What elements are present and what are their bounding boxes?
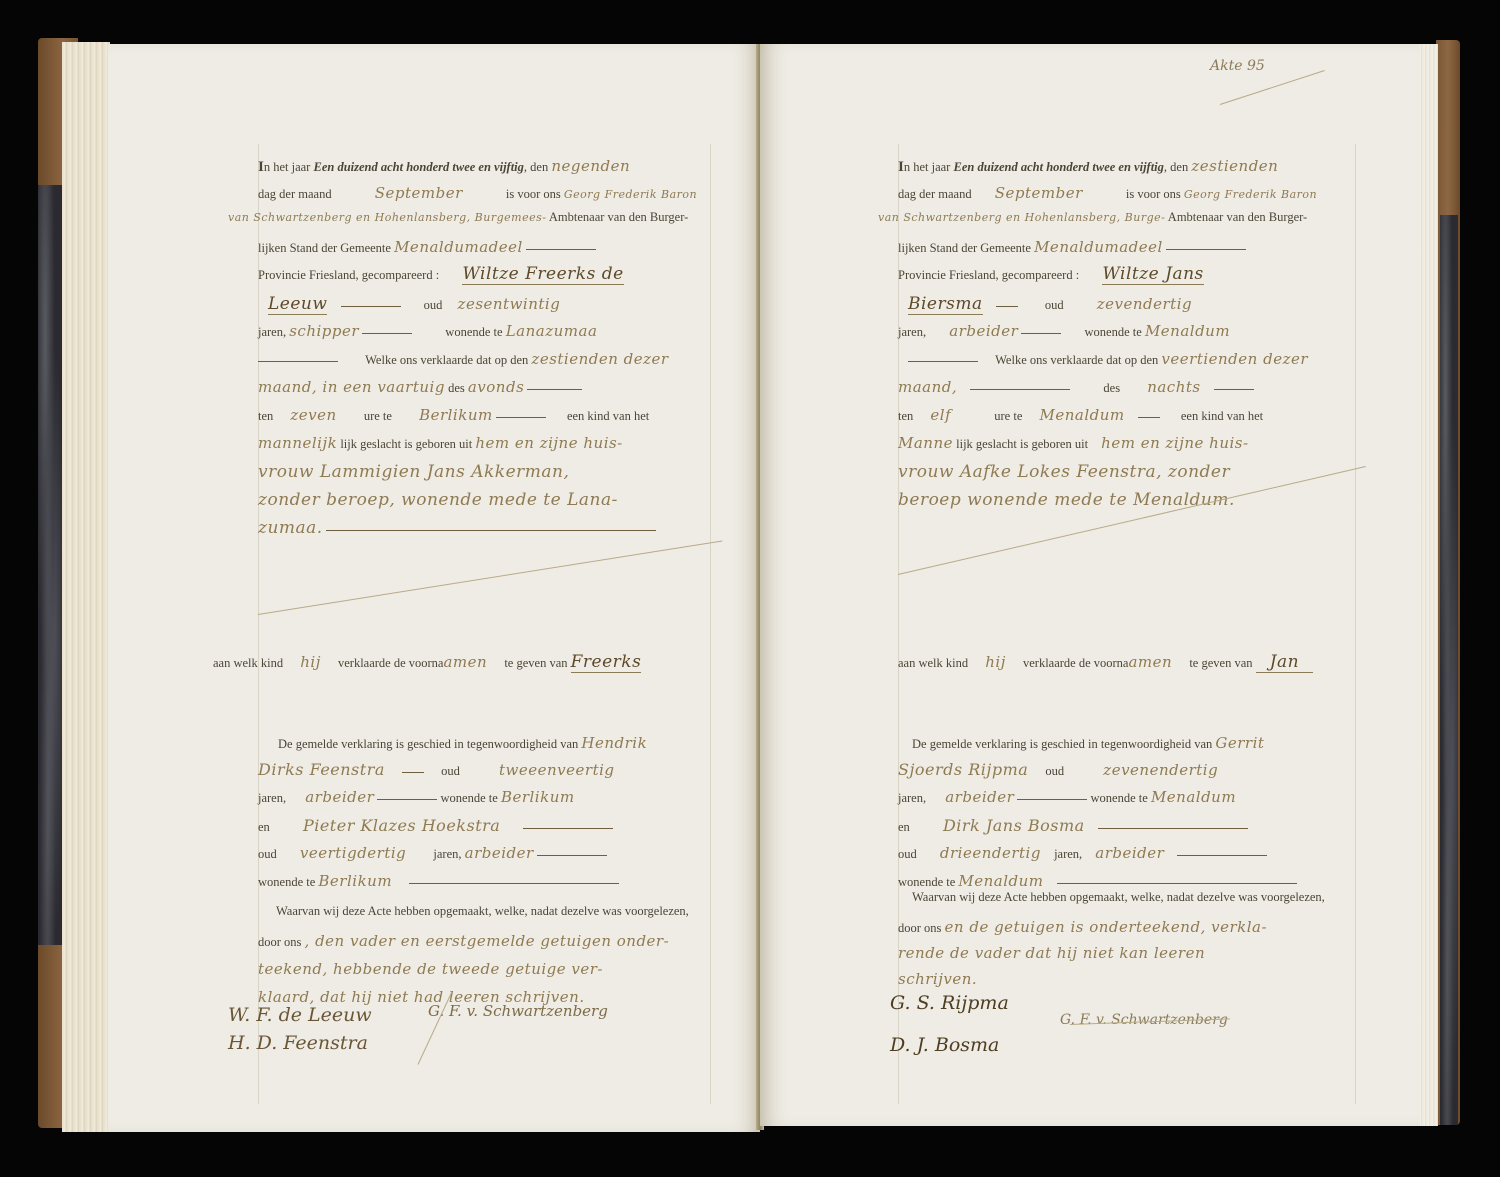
witness2-name: Dirk Jans Bosma bbox=[943, 816, 1085, 835]
closing-text: , den vader en eerstgemelde getuigen ond… bbox=[305, 932, 670, 950]
printed-text: oud bbox=[258, 847, 277, 861]
mother-name: vrouw Aafke Lokes Feenstra, zonder bbox=[898, 462, 1230, 482]
printed-text: lijk geslacht is geboren uit bbox=[956, 437, 1088, 451]
birth-hour: elf bbox=[930, 406, 951, 424]
declarant-occupation: schipper bbox=[289, 322, 359, 340]
printed-text: , den bbox=[524, 160, 548, 174]
printed-text: Ambtenaar van den Burger- bbox=[549, 210, 688, 224]
witness1-residence: Menaldum bbox=[1151, 788, 1236, 806]
printed-text: jaren, bbox=[258, 791, 286, 805]
official-name: Georg Frederik Baron bbox=[564, 188, 697, 201]
printed-text: dag der maand bbox=[898, 187, 972, 201]
witness1-surname: Dirks Feenstra bbox=[258, 760, 385, 779]
printed-text: jaren, bbox=[1054, 847, 1082, 861]
signature-witness2: D. J. Bosma bbox=[890, 1034, 999, 1056]
void-line bbox=[258, 540, 722, 615]
witness2-occupation: arbeider bbox=[465, 844, 534, 862]
declarant-surname: Leeuw bbox=[268, 294, 327, 315]
printed-text: lijken Stand der Gemeente bbox=[258, 241, 391, 255]
witness1-age: zevenendertig bbox=[1103, 761, 1218, 779]
printed-text: aan welk kind bbox=[898, 656, 968, 670]
signature-witness1: G. S. Rijpma bbox=[890, 992, 1009, 1014]
page-stack-left bbox=[62, 42, 110, 1132]
signature-witness: H. D. Feenstra bbox=[228, 1032, 368, 1054]
birth-place-detail: maand, bbox=[898, 378, 957, 396]
child-sex: mannelijk bbox=[258, 434, 337, 452]
mother-occupation-residence: zonder beroep, wonende mede te Lana- bbox=[258, 490, 618, 510]
record-day: zestienden bbox=[1191, 157, 1278, 175]
printed-text: De gemelde verklaring is geschied in teg… bbox=[912, 737, 1212, 751]
printed-text: n het jaar bbox=[904, 160, 951, 174]
printed-text: Ambtenaar van den Burger- bbox=[1168, 210, 1307, 224]
printed-text: Provincie Friesland, gecompareerd : bbox=[258, 268, 439, 282]
printed-text: Provincie Friesland, gecompareerd : bbox=[898, 268, 1079, 282]
witness1-occupation: arbeider bbox=[945, 788, 1014, 806]
witness1-occupation: arbeider bbox=[305, 788, 374, 806]
printed-text: wonende te bbox=[1091, 791, 1148, 805]
witness2-occupation: arbeider bbox=[1095, 844, 1164, 862]
printed-text: oud bbox=[1045, 298, 1064, 312]
birth-time-of-day: nachts bbox=[1147, 378, 1200, 396]
akte-number: Akte 95 bbox=[1210, 58, 1265, 74]
record-day: negenden bbox=[551, 157, 630, 175]
printed-text: oud bbox=[898, 847, 917, 861]
witness2-age: veertigdertig bbox=[300, 844, 406, 862]
printed-text: des bbox=[448, 381, 465, 395]
left-page: In het jaar Een duizend acht honderd twe… bbox=[108, 44, 760, 1132]
declarant-occupation: arbeider bbox=[949, 322, 1018, 340]
right-page: Akte 95 In het jaar Een duizend acht hon… bbox=[760, 44, 1420, 1126]
printed-text: wonende te bbox=[1085, 325, 1142, 339]
printed-text: is voor ons bbox=[1126, 187, 1181, 201]
witness2-residence: Menaldum bbox=[958, 872, 1043, 890]
birth-place-detail: maand, in een vaartuig bbox=[258, 378, 445, 396]
birth-hour: zeven bbox=[290, 406, 336, 424]
printed-text: jaren, bbox=[898, 325, 926, 339]
record-municipality: Menaldumadeel bbox=[394, 238, 523, 256]
printed-text: des bbox=[1103, 381, 1120, 395]
printed-text: , den bbox=[1164, 160, 1188, 174]
printed-text: De gemelde verklaring is geschied in teg… bbox=[278, 737, 578, 751]
parents-line: hem en zijne huis- bbox=[1101, 434, 1248, 452]
printed-year: Een duizend acht honderd twee en vijftig bbox=[953, 160, 1163, 174]
printed-text: wonende te bbox=[898, 875, 955, 889]
parents-line: hem en zijne huis- bbox=[475, 434, 622, 452]
witness1-firstname: Gerrit bbox=[1215, 734, 1264, 752]
marbled-board-left bbox=[38, 185, 62, 945]
printed-text: oud bbox=[441, 764, 460, 778]
printed-text: ten bbox=[898, 409, 913, 423]
child-pronoun: hij bbox=[985, 653, 1006, 671]
printed-text: jaren, bbox=[433, 847, 461, 861]
printed-text: verklaarde de voorna bbox=[1023, 656, 1129, 670]
mother-residence-end: zumaa. bbox=[258, 518, 323, 538]
printed-text: n het jaar bbox=[264, 160, 311, 174]
record-municipality: Menaldumadeel bbox=[1034, 238, 1163, 256]
printed-text: een kind van het bbox=[567, 409, 649, 423]
printed-text: lijken Stand der Gemeente bbox=[898, 241, 1031, 255]
witness2-name: Pieter Klazes Hoekstra bbox=[303, 816, 500, 835]
closing-text: en de getuigen is onderteekend, verkla- bbox=[945, 918, 1268, 936]
closing-text: rende de vader dat hij niet kan leeren bbox=[898, 944, 1205, 962]
child-name: Freerks bbox=[571, 652, 642, 673]
witness1-residence: Berlikum bbox=[501, 788, 575, 806]
official-title: van Schwartzenberg en Hohenlansberg, Bur… bbox=[228, 211, 546, 224]
child-sex: Manne bbox=[898, 434, 953, 452]
witness1-firstname: Hendrik bbox=[581, 734, 647, 752]
printed-text: ten bbox=[258, 409, 273, 423]
void-line bbox=[898, 466, 1366, 575]
printed-suffix: amen bbox=[1128, 653, 1172, 671]
closing-text: teekend, hebbende de tweede getuige ver- bbox=[258, 960, 603, 978]
child-name: Jan bbox=[1256, 652, 1313, 673]
printed-text: jaren, bbox=[898, 791, 926, 805]
official-name: Georg Frederik Baron bbox=[1184, 188, 1317, 201]
declarant-residence: Menaldum bbox=[1145, 322, 1230, 340]
printed-text: wonende te bbox=[441, 791, 498, 805]
witness2-residence: Berlikum bbox=[318, 872, 392, 890]
printed-text: oud bbox=[424, 298, 443, 312]
printed-text: en bbox=[898, 820, 910, 834]
printed-suffix: amen bbox=[443, 653, 487, 671]
printed-text: aan welk kind bbox=[213, 656, 283, 670]
printed-text: door ons bbox=[898, 921, 941, 935]
printed-year: Een duizend acht honderd twee en vijftig bbox=[313, 160, 523, 174]
witness2-age: drieendertig bbox=[940, 844, 1041, 862]
mother-name: vrouw Lammigien Jans Akkerman, bbox=[258, 462, 569, 482]
printed-text: een kind van het bbox=[1181, 409, 1263, 423]
printed-text: Waarvan wij deze Acte hebben opgemaakt, … bbox=[912, 890, 1325, 905]
printed-text: ure te bbox=[994, 409, 1022, 423]
margin-rule bbox=[710, 144, 711, 1104]
printed-text: is voor ons bbox=[506, 187, 561, 201]
printed-text: door ons bbox=[258, 935, 301, 949]
printed-text: Welke ons verklaarde dat op den bbox=[995, 353, 1158, 367]
witness1-surname: Sjoerds Rijpma bbox=[898, 760, 1028, 779]
page-number-flourish bbox=[1220, 70, 1325, 105]
marbled-board-right bbox=[1440, 215, 1458, 1125]
printed-text: jaren, bbox=[258, 325, 286, 339]
printed-text: wonende te bbox=[258, 875, 315, 889]
declarant-name: Wiltze Jans bbox=[1102, 264, 1203, 285]
declarant-name: Wiltze Freerks de bbox=[462, 264, 623, 285]
birth-day: zestienden dezer bbox=[531, 350, 668, 368]
declarant-age: zevendertig bbox=[1097, 295, 1192, 313]
margin-rule bbox=[1355, 144, 1356, 1104]
closing-text: schrijven. bbox=[898, 970, 977, 988]
official-title: van Schwartzenberg en Hohenlansberg, Bur… bbox=[878, 211, 1165, 224]
witness1-age: tweeenveertig bbox=[499, 761, 614, 779]
birth-time-of-day: avonds bbox=[468, 378, 524, 396]
printed-text: wonende te bbox=[445, 325, 502, 339]
record-month: September bbox=[375, 184, 463, 202]
page-stack-right bbox=[1418, 44, 1438, 1126]
declarant-residence: Lanazumaa bbox=[506, 322, 598, 340]
printed-text: te geven van bbox=[1189, 656, 1252, 670]
declarant-age: zesentwintig bbox=[458, 295, 561, 313]
birth-place: Berlikum bbox=[419, 406, 493, 424]
child-pronoun: hij bbox=[300, 653, 321, 671]
printed-text: oud bbox=[1045, 764, 1064, 778]
printed-text: lijk geslacht is geboren uit bbox=[340, 437, 472, 451]
printed-text: en bbox=[258, 820, 270, 834]
declarant-surname: Biersma bbox=[908, 294, 983, 315]
printed-text: ure te bbox=[364, 409, 392, 423]
printed-text: te geven van bbox=[504, 656, 567, 670]
printed-text: Welke ons verklaarde dat op den bbox=[365, 353, 528, 367]
printed-text: Waarvan wij deze Acte hebben opgemaakt, … bbox=[276, 904, 689, 919]
signature-official: G. F. v. Schwartzenberg bbox=[428, 1002, 608, 1020]
birth-day: veertienden dezer bbox=[1161, 350, 1308, 368]
printed-text: verklaarde de voorna bbox=[338, 656, 444, 670]
signature-father: W. F. de Leeuw bbox=[228, 1004, 372, 1026]
printed-text: dag der maand bbox=[258, 187, 332, 201]
birth-place: Menaldum bbox=[1040, 406, 1125, 424]
record-month: September bbox=[995, 184, 1083, 202]
